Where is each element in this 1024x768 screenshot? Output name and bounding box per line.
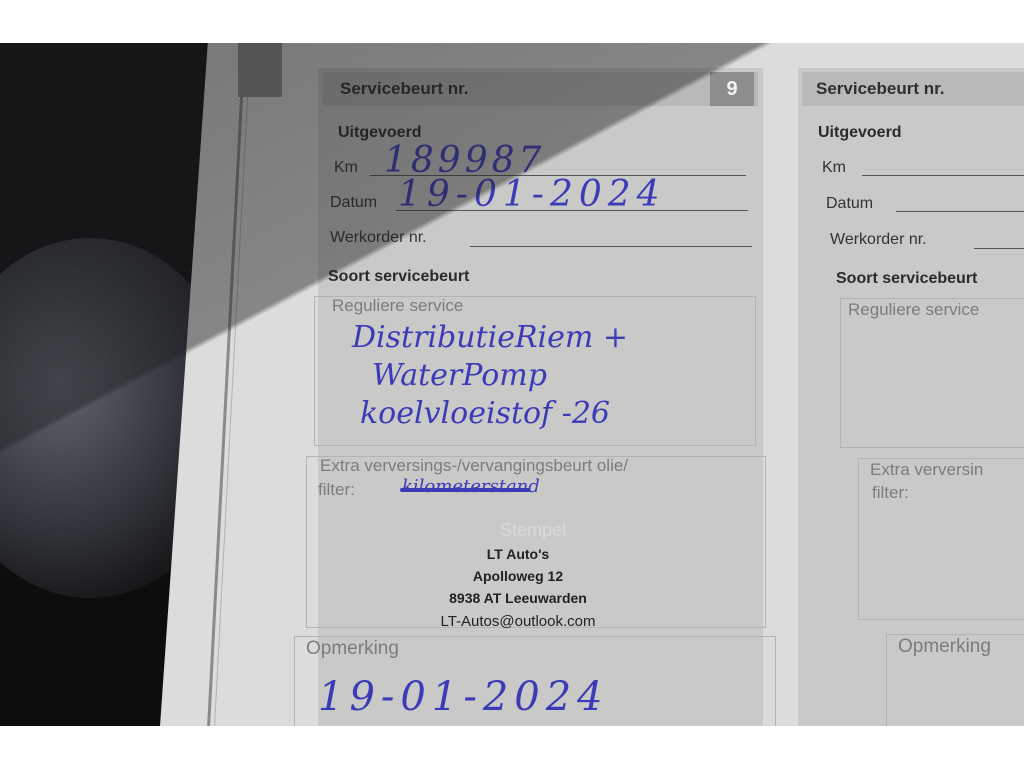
- stamp-line: LT Auto's: [388, 546, 648, 562]
- date-line: [896, 211, 1024, 212]
- remark-label: Opmerking: [898, 636, 991, 658]
- regular-service-note: WaterPomp: [372, 358, 547, 393]
- service-number-badge: 9: [710, 72, 754, 106]
- strike-through: [400, 488, 530, 492]
- regular-service-label: Reguliere service: [332, 296, 463, 316]
- service-card-9: Servicebeurt nr. 9 Uitgevoerd Km 189987 …: [318, 68, 763, 726]
- date-value: 19-01-2024: [398, 174, 666, 215]
- km-line: [862, 175, 1024, 176]
- extra-service-label: Extra verversings-/vervangingsbeurt olie…: [320, 456, 628, 476]
- service-booklet-photo: Servicebeurt nr. 9 Uitgevoerd Km 189987 …: [0, 43, 1024, 726]
- date-label: Datum: [330, 194, 377, 212]
- card-header-title: Servicebeurt nr.: [816, 79, 945, 99]
- performed-heading: Uitgevoerd: [818, 124, 902, 142]
- stamp-line: 8938 AT Leeuwarden: [378, 590, 658, 606]
- workorder-label: Werkorder nr.: [330, 229, 427, 247]
- regular-service-note: koelvloeistof -26: [360, 396, 610, 431]
- remark-value: 19-01-2024: [318, 674, 609, 720]
- extra-service-struck-value: kilometerstand: [402, 476, 540, 497]
- workorder-line: [470, 246, 752, 247]
- remark-label: Opmerking: [306, 638, 399, 660]
- extra-service-label: Extra verversin: [870, 460, 983, 480]
- workorder-label: Werkorder nr.: [830, 231, 927, 249]
- regular-service-note: DistributieRiem +: [352, 320, 628, 355]
- date-label: Datum: [826, 195, 873, 213]
- stamp-line: LT-Autos@outlook.com: [368, 613, 668, 630]
- extra-service-label-2: filter:: [318, 480, 355, 500]
- workorder-line: [974, 248, 1024, 249]
- service-type-heading: Soort servicebeurt: [328, 268, 469, 286]
- page-tab: [238, 43, 282, 97]
- stamp-watermark: Stempel: [500, 520, 566, 541]
- card-header-title: Servicebeurt nr.: [340, 79, 469, 99]
- service-card-10: Servicebeurt nr. Uitgevoerd Km Datum Wer…: [798, 68, 1024, 726]
- stamp-line: Apolloweg 12: [388, 568, 648, 584]
- service-type-heading: Soort servicebeurt: [836, 270, 977, 288]
- regular-service-box: [840, 298, 1024, 448]
- regular-service-label: Reguliere service: [848, 300, 979, 320]
- km-label: Km: [822, 159, 846, 177]
- km-label: Km: [334, 159, 358, 177]
- extra-service-label-2: filter:: [872, 483, 909, 503]
